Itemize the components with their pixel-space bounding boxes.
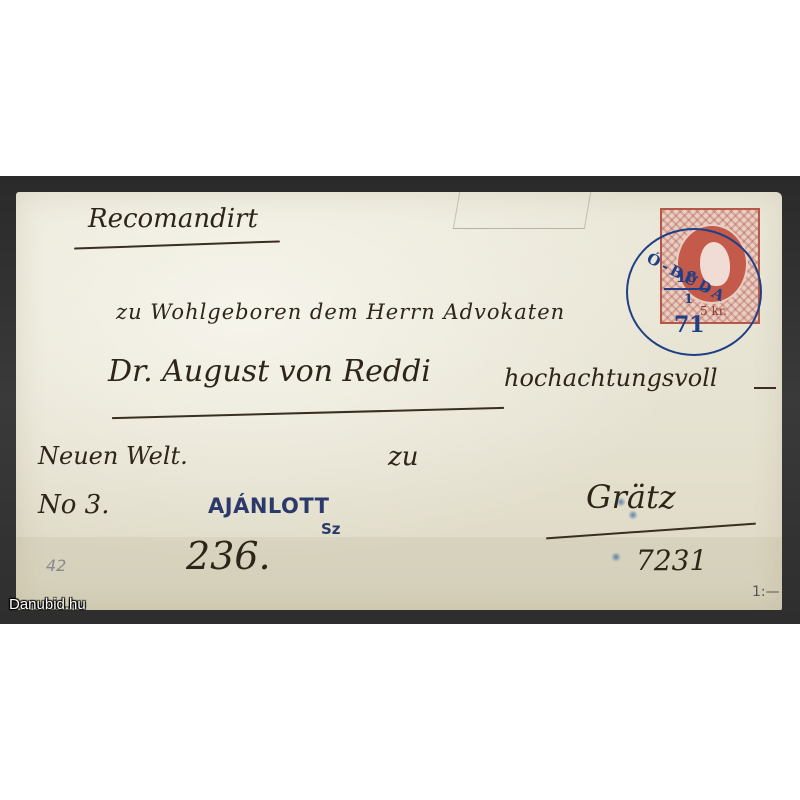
watermark: Danubid.hu: [9, 596, 86, 613]
postmark-divider: [664, 288, 710, 290]
addressee-underline: [112, 407, 504, 419]
address-honorific: hochachtungsvoll: [504, 364, 718, 392]
address-dash: [754, 387, 776, 389]
address-line-1: zu Wohlgeboren dem Herrn Advokaten: [116, 300, 565, 324]
postmark-month: 1: [684, 292, 693, 307]
pencil-mark-left: 42: [46, 556, 66, 575]
postmark-day: 18: [676, 268, 697, 286]
sender-area: Neuen Welt.: [38, 442, 188, 470]
flap-crease: [453, 192, 592, 229]
addressee-name: Dr. August von Reddi: [108, 354, 431, 389]
postmark: Ó-BUDA 18 1 71: [626, 228, 762, 356]
ink-spot: [616, 497, 626, 507]
house-number: No 3.: [38, 490, 109, 520]
registered-note: Recomandirt: [88, 204, 258, 234]
ink-spot: [611, 552, 621, 562]
pencil-mark-right: 1:—: [752, 584, 780, 600]
receiving-number: 7231: [636, 544, 707, 577]
registration-stamp-sub: Sz: [321, 520, 341, 538]
zu-text: zu: [388, 442, 418, 472]
ink-spot: [628, 510, 638, 520]
postmark-year: 71: [674, 312, 705, 338]
registered-note-underline: [74, 240, 280, 249]
registration-stamp-label: AJÁNLOTT: [208, 494, 330, 518]
registration-number: 236.: [186, 534, 271, 578]
envelope: Recomandirt zu Wohlgeboren dem Herrn Adv…: [16, 192, 782, 610]
